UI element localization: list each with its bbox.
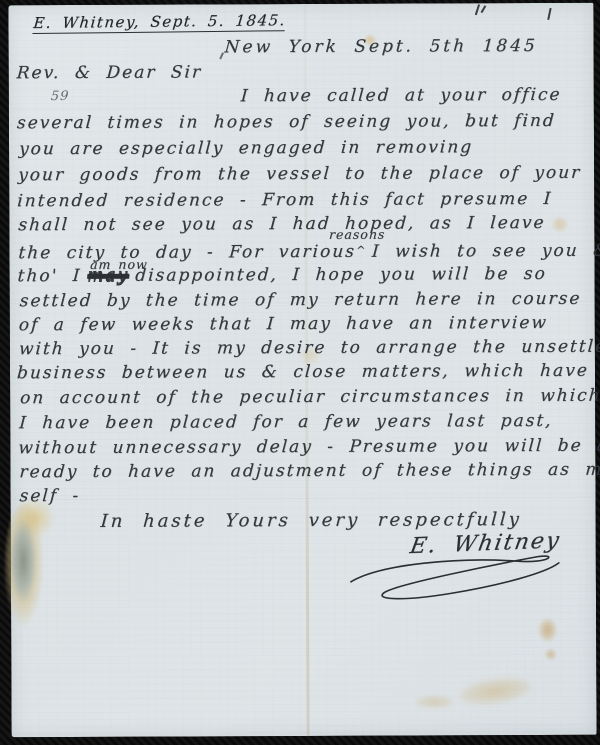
body-line: of a few weeks that I may have an interv… — [18, 313, 548, 335]
body-line: shall not see you as I had hoped, as I l… — [18, 213, 547, 235]
body-line: you are especially engaged in removing — [18, 137, 473, 159]
pen-mark-icon — [547, 8, 551, 20]
body-line: I have been placed for a few years last … — [19, 411, 554, 433]
line-text: I wish to see you & — [371, 241, 600, 262]
body-line: on account of the peculiar circumstances… — [19, 386, 600, 409]
body-line: ready to have an adjustment of these thi… — [19, 460, 600, 483]
pen-mark-icon — [481, 5, 487, 13]
line-text: disappointed, I hope you will be so — [135, 264, 548, 286]
header-annotation: E. Whitney, Sept. 5. 1845. — [32, 11, 286, 34]
caret-mark-icon: ^ — [356, 244, 368, 257]
body-line-with-strikethrough: tho' Imayam nowdisappointed, I hope you … — [17, 264, 548, 286]
letter-paper: E. Whitney, Sept. 5. 1845. New York Sept… — [8, 3, 596, 738]
insertion-point: reasons^ — [356, 240, 373, 257]
body-line: without unnecessary delay - Presume you … — [18, 436, 600, 459]
body-line: several times in hopes of seeing you, bu… — [16, 111, 556, 133]
stain-spot — [458, 674, 533, 708]
body-line: intended residence - From this fact pres… — [17, 189, 553, 211]
line-text: tho' I — [17, 266, 82, 286]
body-line: your goods from the vessel to the place … — [17, 163, 581, 185]
salutation: Rev. & Dear Sir — [16, 62, 203, 83]
page-number-annotation: 59 — [50, 89, 70, 104]
stain-spot — [415, 695, 453, 708]
seal-residue-stain — [5, 503, 52, 641]
body-line: with you - It is my desire to arrange th… — [18, 337, 600, 360]
correction: mayam now — [87, 266, 130, 286]
stain-spot — [539, 619, 556, 641]
body-line: self - — [19, 486, 81, 506]
body-line: I have called at your office — [240, 85, 562, 106]
pen-mark-icon — [475, 4, 480, 15]
dateline: New York Sept. 5th 1845 — [224, 36, 539, 57]
closing-line: In haste Yours very respectfully — [100, 509, 523, 532]
body-line: settled by the time of my return here in… — [19, 289, 582, 311]
body-line: business between us & close matters, whi… — [16, 361, 589, 384]
stain-spot — [552, 217, 567, 232]
horizontal-crease — [11, 497, 596, 503]
inserted-word: reasons — [329, 227, 386, 242]
stain-spot — [545, 649, 556, 660]
signature-flourish — [341, 543, 571, 604]
interlinear-word: am now — [90, 257, 149, 272]
line-text: the city to day - For various — [18, 242, 357, 263]
